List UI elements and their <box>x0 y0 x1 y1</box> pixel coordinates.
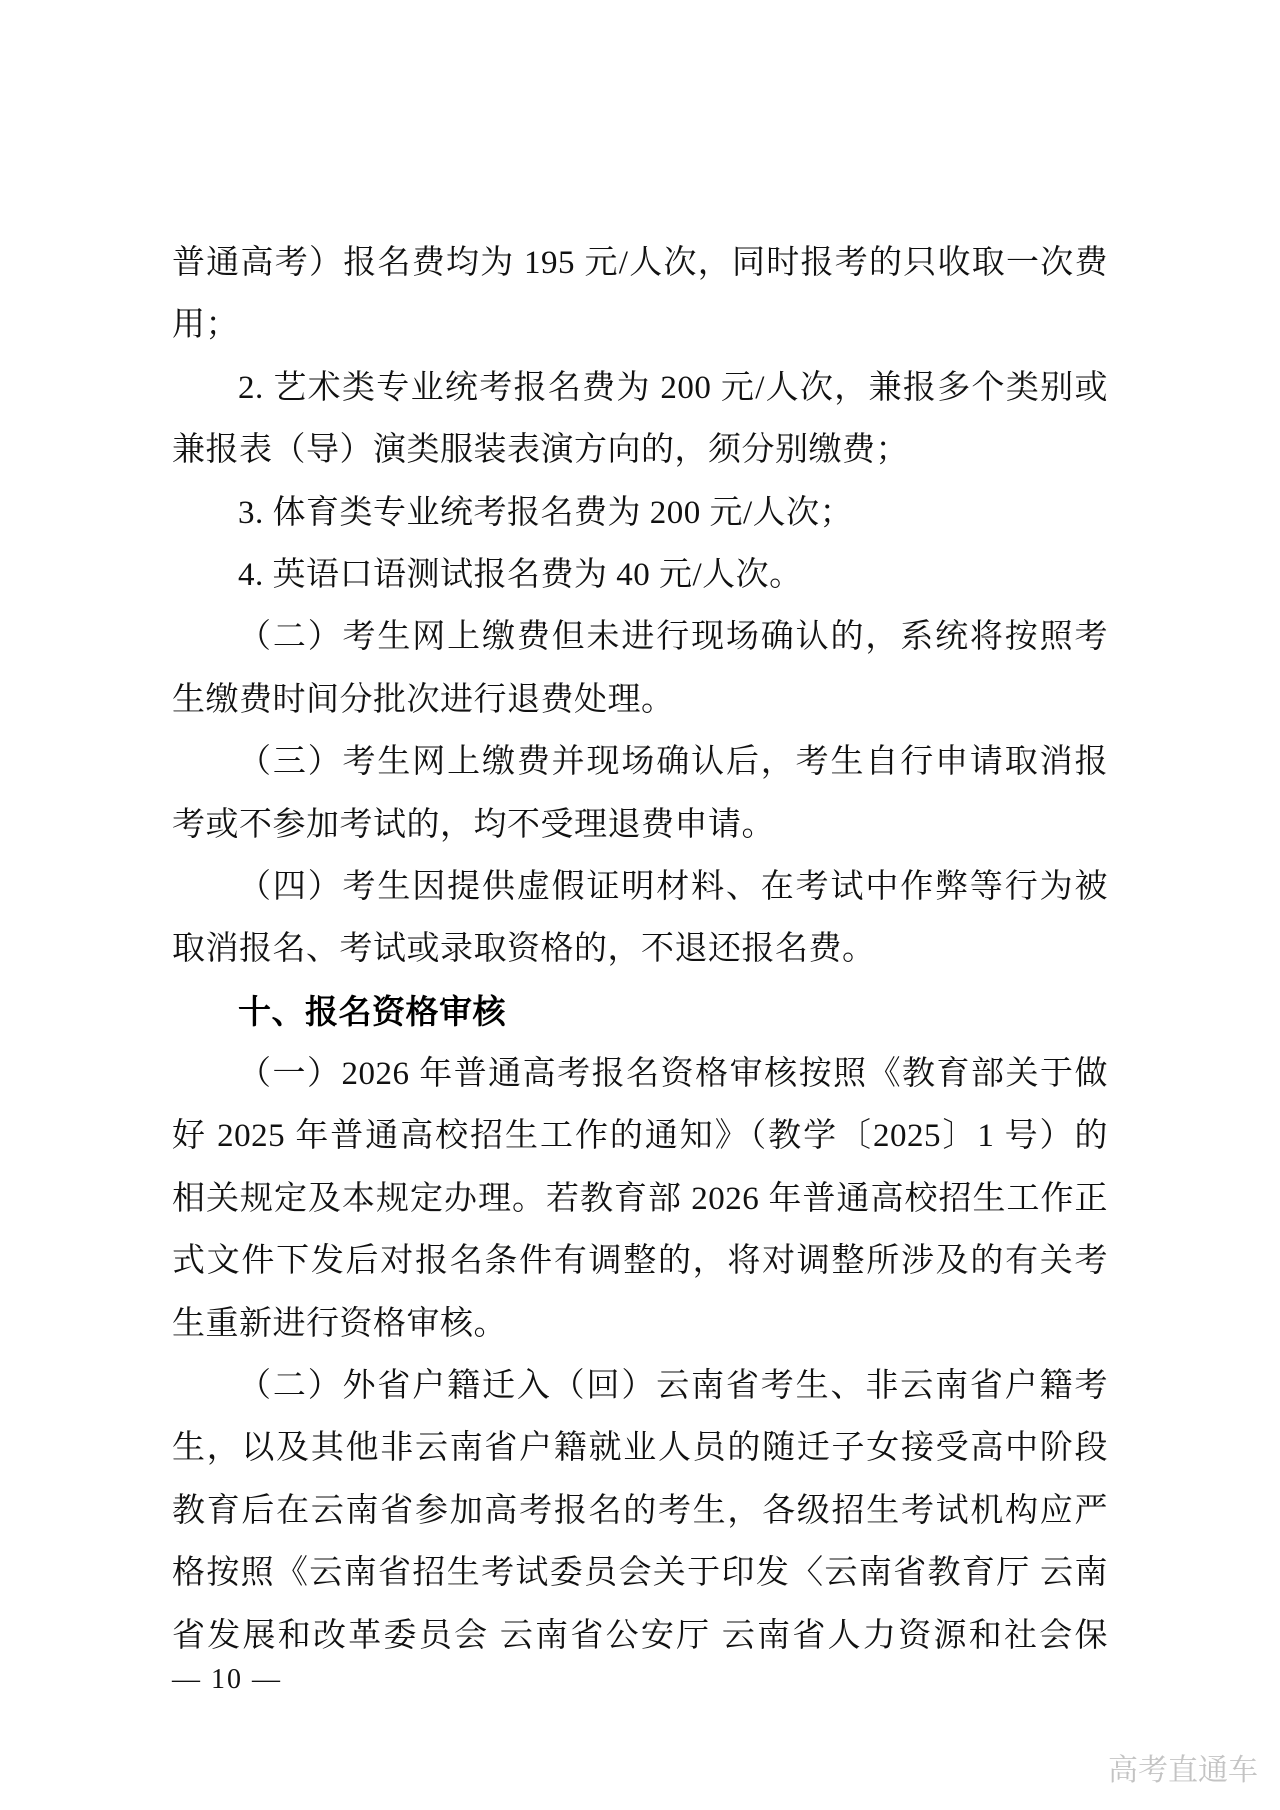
text-line: 生缴费时间分批次进行退费处理。 <box>172 669 1108 731</box>
text-line: 3. 体育类专业统考报名费为 200 元/人次； <box>172 482 1108 544</box>
text-line: 2. 艺术类专业统考报名费为 200 元/人次，兼报多个类别或 <box>172 357 1108 419</box>
text-line: 取消报名、考试或录取资格的，不退还报名费。 <box>172 918 1108 980</box>
text-line: 相关规定及本规定办理。若教育部 2026 年普通高校招生工作正 <box>172 1168 1108 1230</box>
text-line: （四）考生因提供虚假证明材料、在考试中作弊等行为被 <box>172 856 1108 918</box>
text-line: 普通高考）报名费均为 195 元/人次，同时报考的只收取一次费 <box>172 232 1108 294</box>
text-line: 省发展和改革委员会 云南省公安厅 云南省人力资源和社会保 <box>172 1605 1108 1667</box>
watermark-text: 高考直通车 <box>1108 1754 1258 1788</box>
text-line: 式文件下发后对报名条件有调整的，将对调整所涉及的有关考 <box>172 1230 1108 1292</box>
text-line: （二）考生网上缴费但未进行现场确认的，系统将按照考 <box>172 606 1108 668</box>
text-line: 格按照《云南省招生考试委员会关于印发〈云南省教育厅 云南 <box>172 1542 1108 1604</box>
text-line: 生重新进行资格审核。 <box>172 1293 1108 1355</box>
document-page: 普通高考）报名费均为 195 元/人次，同时报考的只收取一次费 用； 2. 艺术… <box>0 0 1280 1810</box>
text-block: 普通高考）报名费均为 195 元/人次，同时报考的只收取一次费 用； 2. 艺术… <box>172 232 1108 1667</box>
section-heading: 十、报名资格审核 <box>172 981 1108 1043</box>
text-line: （三）考生网上缴费并现场确认后，考生自行申请取消报 <box>172 731 1108 793</box>
page-number: — 10 — <box>172 1660 282 1700</box>
text-line: 考或不参加考试的，均不受理退费申请。 <box>172 794 1108 856</box>
text-line: 教育后在云南省参加高考报名的考生，各级招生考试机构应严 <box>172 1480 1108 1542</box>
text-line: （一）2026 年普通高考报名资格审核按照《教育部关于做 <box>172 1043 1108 1105</box>
text-line: 好 2025 年普通高校招生工作的通知》（教学〔2025〕1 号）的 <box>172 1105 1108 1167</box>
text-line: 生，以及其他非云南省户籍就业人员的随迁子女接受高中阶段 <box>172 1417 1108 1479</box>
text-line: 4. 英语口语测试报名费为 40 元/人次。 <box>172 544 1108 606</box>
text-line: 兼报表（导）演类服装表演方向的，须分别缴费； <box>172 419 1108 481</box>
text-line: 用； <box>172 294 1108 356</box>
text-line: （二）外省户籍迁入（回）云南省考生、非云南省户籍考 <box>172 1355 1108 1417</box>
